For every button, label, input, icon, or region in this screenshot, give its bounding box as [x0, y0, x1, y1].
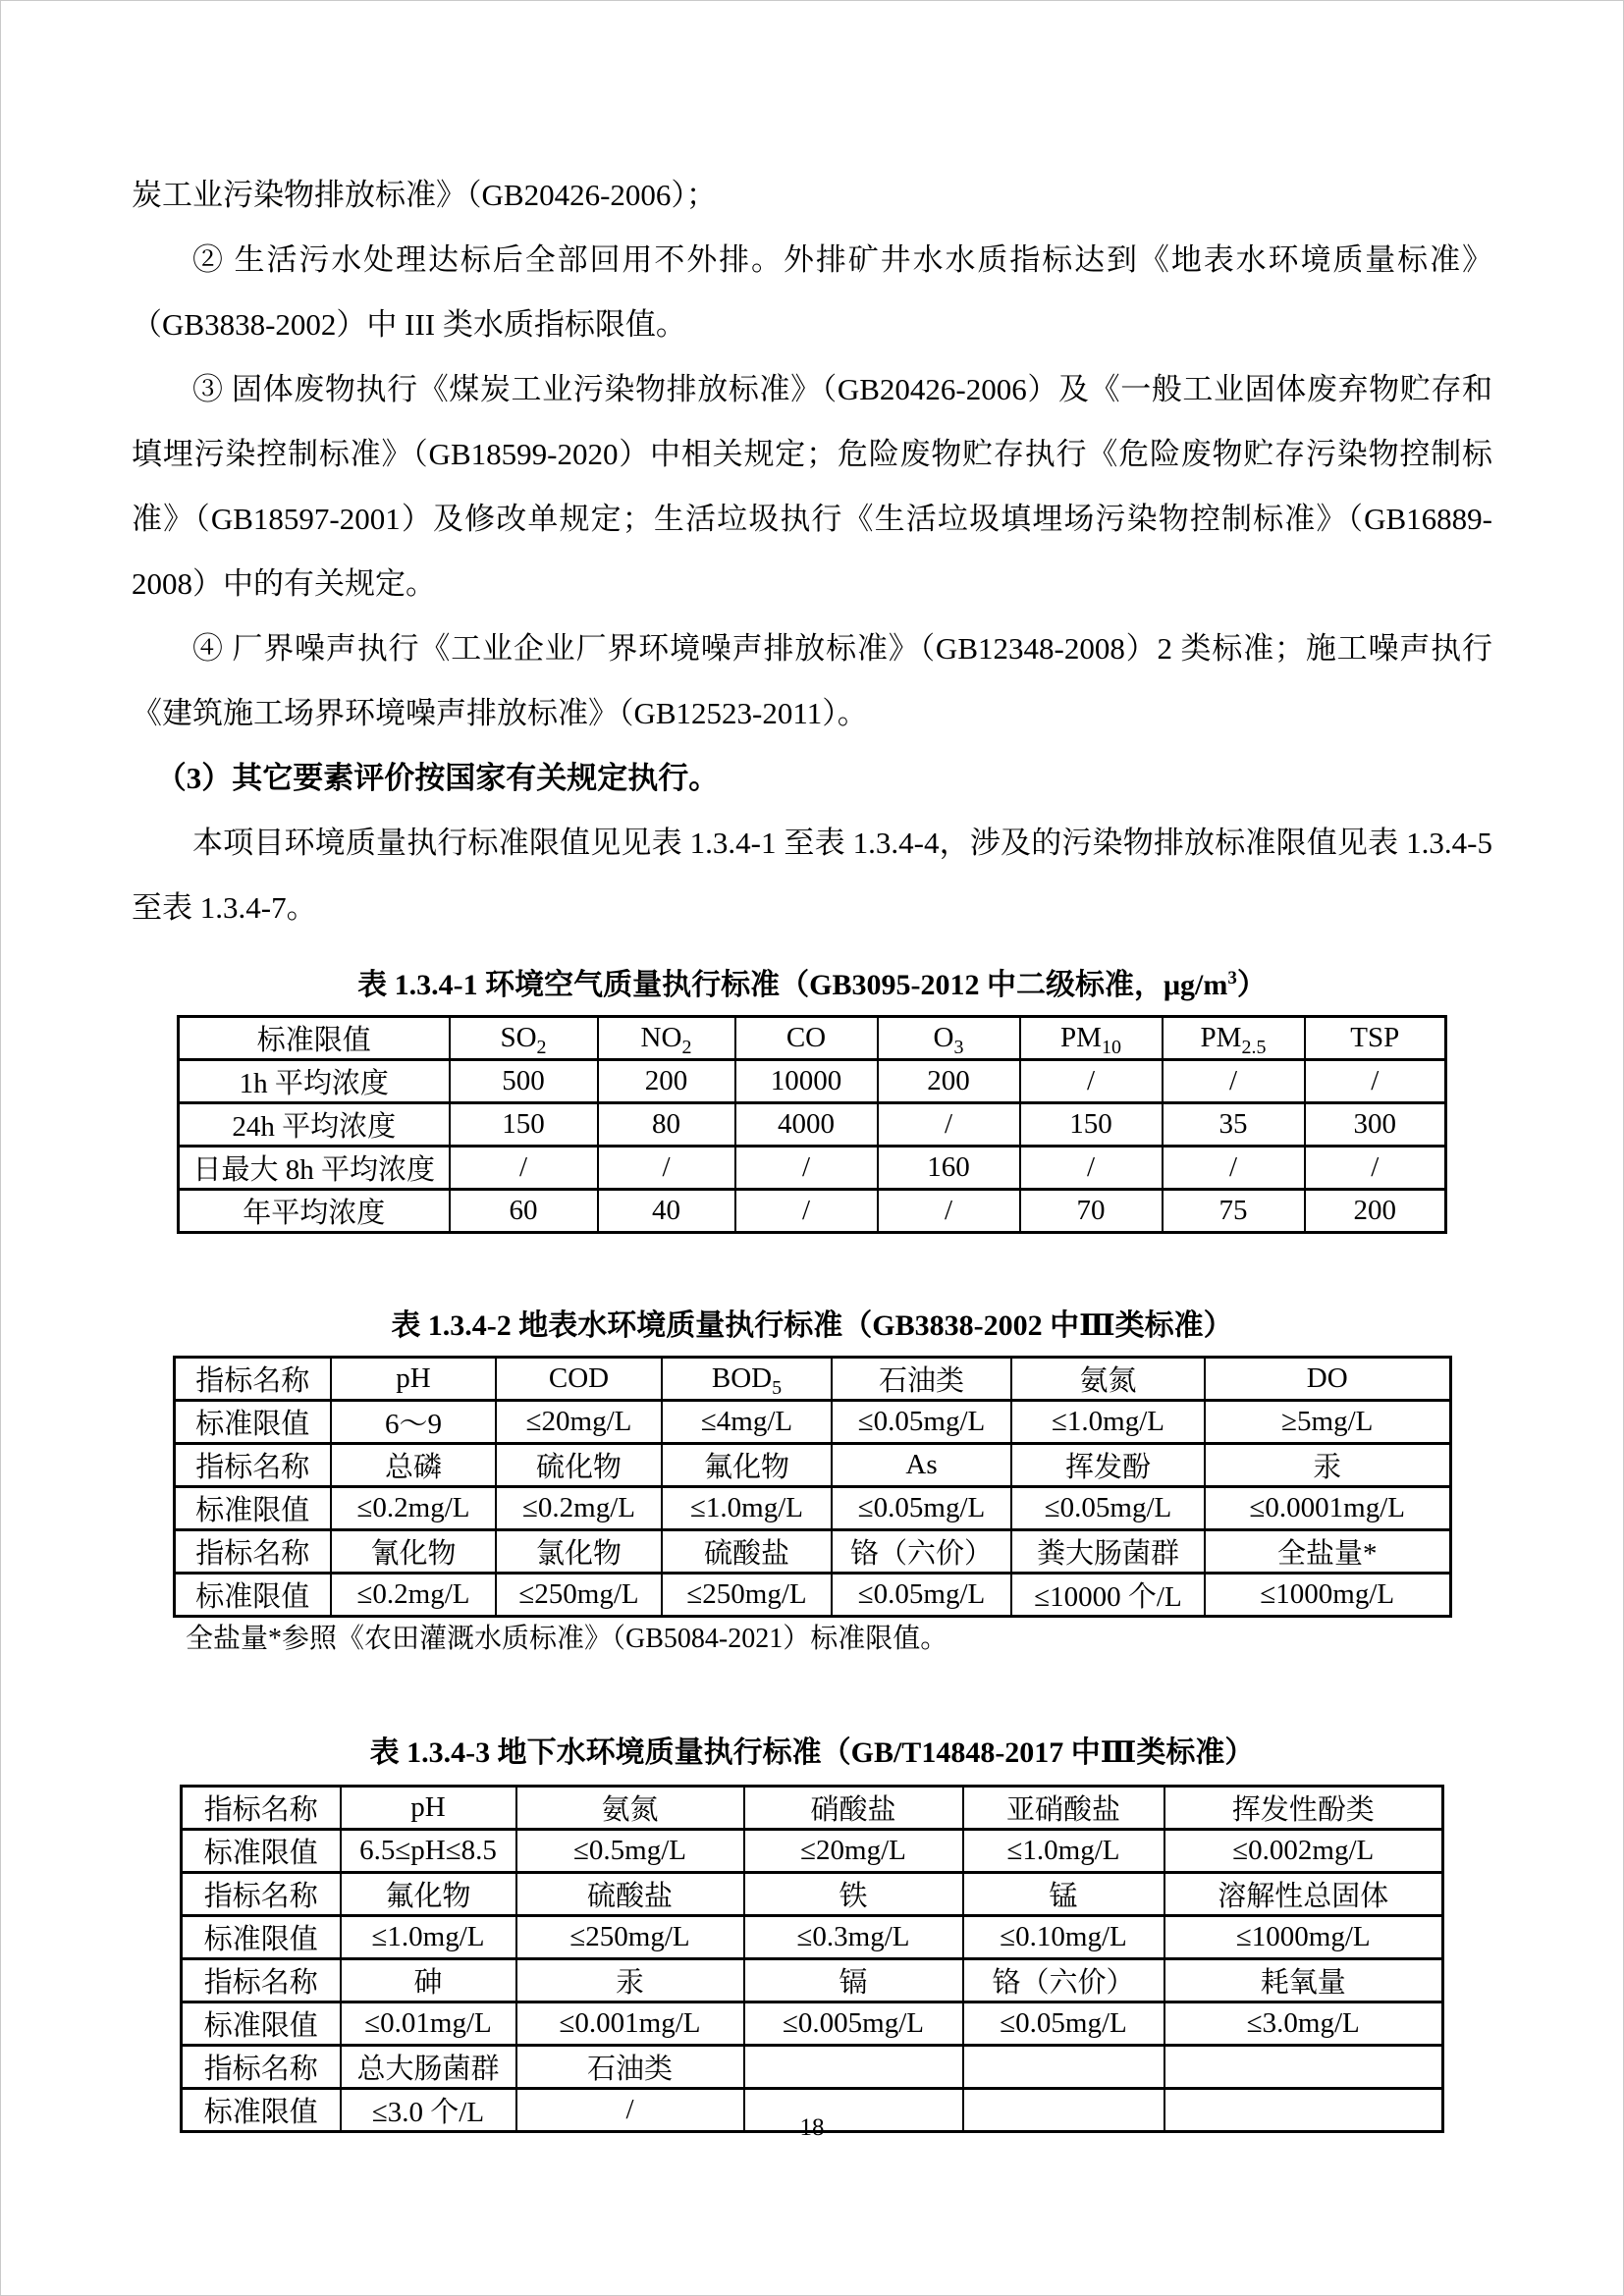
- table-cell: ≤4mg/L: [662, 1401, 832, 1444]
- table-cell: 标准限值: [174, 1574, 331, 1617]
- table-row: 标准限值SO2NO2COO3PM10PM2.5TSP: [179, 1017, 1446, 1060]
- table-cell: ≤0.3mg/L: [744, 1916, 963, 1959]
- table-cell: 标准限值: [182, 2002, 341, 2046]
- table-cell: 300: [1305, 1103, 1446, 1147]
- table-cell: 总大肠菌群: [341, 2046, 516, 2089]
- paragraph-item-2: ② 生活污水处理达标后全部回用不外排。外排矿井水水质指标达到《地表水环境质量标准…: [132, 228, 1492, 357]
- table-cell: 铬（六价）: [963, 1959, 1164, 2002]
- groundwater-standards-table: 指标名称pH氨氮硝酸盐亚硝酸盐挥发性酚类标准限值6.5≤pH≤8.5≤0.5mg…: [180, 1785, 1444, 2133]
- air-quality-standards-table: 标准限值SO2NO2COO3PM10PM2.5TSP1h 平均浓度5002001…: [177, 1015, 1447, 1234]
- table-cell: DO: [1205, 1358, 1450, 1401]
- table-cell: 500: [450, 1060, 598, 1103]
- table-cell: pH: [331, 1358, 496, 1401]
- table-cell: 砷: [341, 1959, 516, 2002]
- table-cell: /: [1163, 1060, 1305, 1103]
- table-cell: NO2: [598, 1017, 735, 1060]
- table-cell: ≤1000mg/L: [1205, 1574, 1450, 1617]
- table-cell: ≤0.10mg/L: [963, 1916, 1164, 1959]
- table-row: 日最大 8h 平均浓度///160///: [179, 1147, 1446, 1190]
- table-cell: 汞: [516, 1959, 744, 2002]
- table-row: 指标名称总大肠菌群石油类: [182, 2046, 1443, 2089]
- table-cell: 150: [1020, 1103, 1163, 1147]
- table-cell: /: [1163, 1147, 1305, 1190]
- table-cell: 年平均浓度: [179, 1190, 450, 1233]
- paragraph-table-intro: 本项目环境质量执行标准限值见见表 1.3.4-1 至表 1.3.4-4，涉及的污…: [132, 811, 1492, 940]
- table-row: 标准限值6～9≤20mg/L≤4mg/L≤0.05mg/L≤1.0mg/L≥5m…: [174, 1401, 1450, 1444]
- table-cell: 标准限值: [182, 1916, 341, 1959]
- table-cell: ≤250mg/L: [496, 1574, 662, 1617]
- table-row: 指标名称pHCODBOD5石油类氨氮DO: [174, 1358, 1450, 1401]
- table-cell: 指标名称: [174, 1444, 331, 1487]
- table-cell: 挥发酚: [1011, 1444, 1205, 1487]
- table-cell: CO: [735, 1017, 878, 1060]
- table-cell: 200: [878, 1060, 1020, 1103]
- table-cell: ≤0.002mg/L: [1164, 1830, 1443, 1873]
- table-cell: ≤1.0mg/L: [341, 1916, 516, 1959]
- table-cell: ≤0.2mg/L: [331, 1574, 496, 1617]
- table-cell: /: [450, 1147, 598, 1190]
- table-cell: 硫酸盐: [662, 1530, 832, 1574]
- table-cell: 耗氧量: [1164, 1959, 1443, 2002]
- surface-water-standards-table: 指标名称pHCODBOD5石油类氨氮DO标准限值6～9≤20mg/L≤4mg/L…: [173, 1356, 1452, 1618]
- table-cell: 指标名称: [182, 1787, 341, 1830]
- table-cell: 氯化物: [496, 1530, 662, 1574]
- table-cell: 溶解性总固体: [1164, 1873, 1443, 1916]
- table-cell: 指标名称: [174, 1530, 331, 1574]
- table-row: 24h 平均浓度150804000/15035300: [179, 1103, 1446, 1147]
- table-row: 标准限值≤0.2mg/L≤250mg/L≤250mg/L≤0.05mg/L≤10…: [174, 1574, 1450, 1617]
- table-cell: [963, 2046, 1164, 2089]
- table-cell: [744, 2046, 963, 2089]
- table-cell: 硝酸盐: [744, 1787, 963, 1830]
- table-cell: ≤0.2mg/L: [496, 1487, 662, 1530]
- table-cell: 粪大肠菌群: [1011, 1530, 1205, 1574]
- table-cell: 指标名称: [182, 2046, 341, 2089]
- paragraph-item-3: ③ 固体废物执行《煤炭工业污染物排放标准》（GB20426-2006）及《一般工…: [132, 357, 1492, 616]
- table-cell: /: [1020, 1147, 1163, 1190]
- table-row: 年平均浓度6040//7075200: [179, 1190, 1446, 1233]
- table-cell: 标准限值: [182, 1830, 341, 1873]
- table-3-title: 表 1.3.4-3 地下水环境质量执行标准（GB/T14848-2017 中Ⅲ类…: [132, 1732, 1492, 1775]
- table-cell: 标准限值: [174, 1401, 331, 1444]
- table-row: 指标名称pH氨氮硝酸盐亚硝酸盐挥发性酚类: [182, 1787, 1443, 1830]
- table-cell: ≤20mg/L: [744, 1830, 963, 1873]
- table-cell: 200: [598, 1060, 735, 1103]
- table-cell: As: [832, 1444, 1011, 1487]
- table-cell: ≤0.5mg/L: [516, 1830, 744, 1873]
- table-cell: ≤20mg/L: [496, 1401, 662, 1444]
- table-cell: [1164, 2046, 1443, 2089]
- table-cell: 200: [1305, 1190, 1446, 1233]
- table-cell: /: [598, 1147, 735, 1190]
- table-cell: ≤0.0001mg/L: [1205, 1487, 1450, 1530]
- table-cell: 35: [1163, 1103, 1305, 1147]
- table-cell: /: [1305, 1147, 1446, 1190]
- table-cell: COD: [496, 1358, 662, 1401]
- table-cell: 10000: [735, 1060, 878, 1103]
- table-cell: ≤1000mg/L: [1164, 1916, 1443, 1959]
- table-cell: pH: [341, 1787, 516, 1830]
- table-row: 1h 平均浓度50020010000200///: [179, 1060, 1446, 1103]
- table-cell: ≤0.005mg/L: [744, 2002, 963, 2046]
- table-row: 标准限值≤0.2mg/L≤0.2mg/L≤1.0mg/L≤0.05mg/L≤0.…: [174, 1487, 1450, 1530]
- table-row: 标准限值6.5≤pH≤8.5≤0.5mg/L≤20mg/L≤1.0mg/L≤0.…: [182, 1830, 1443, 1873]
- table-cell: ≥5mg/L: [1205, 1401, 1450, 1444]
- table-cell: 24h 平均浓度: [179, 1103, 450, 1147]
- heading-other-factors: （3）其它要素评价按国家有关规定执行。: [132, 746, 1492, 811]
- table-cell: /: [878, 1190, 1020, 1233]
- table-cell: ≤1.0mg/L: [662, 1487, 832, 1530]
- table-cell: 总磷: [331, 1444, 496, 1487]
- table-cell: ≤0.01mg/L: [341, 2002, 516, 2046]
- table-row: 指标名称氟化物硫酸盐铁锰溶解性总固体: [182, 1873, 1443, 1916]
- table-cell: 氰化物: [331, 1530, 496, 1574]
- table-cell: 铁: [744, 1873, 963, 1916]
- table-cell: ≤0.2mg/L: [331, 1487, 496, 1530]
- document-page: 炭工业污染物排放标准》（GB20426-2006）； ② 生活污水处理达标后全部…: [0, 0, 1624, 2296]
- table-cell: ≤250mg/L: [516, 1916, 744, 1959]
- table-cell: ≤250mg/L: [662, 1574, 832, 1617]
- table-cell: 石油类: [516, 2046, 744, 2089]
- table-cell: SO2: [450, 1017, 598, 1060]
- table-cell: 亚硝酸盐: [963, 1787, 1164, 1830]
- table-cell: 40: [598, 1190, 735, 1233]
- table-1-title: 表 1.3.4-1 环境空气质量执行标准（GB3095-2012 中二级标准，μ…: [132, 964, 1492, 1007]
- table-cell: 氨氮: [1011, 1358, 1205, 1401]
- table-cell: 6～9: [331, 1401, 496, 1444]
- table-cell: ≤1.0mg/L: [963, 1830, 1164, 1873]
- table-cell: 70: [1020, 1190, 1163, 1233]
- table-cell: ≤0.05mg/L: [963, 2002, 1164, 2046]
- table-cell: 氟化物: [662, 1444, 832, 1487]
- table-cell: /: [735, 1147, 878, 1190]
- table-cell: 日最大 8h 平均浓度: [179, 1147, 450, 1190]
- table-cell: 氟化物: [341, 1873, 516, 1916]
- paragraph-item-4: ④ 厂界噪声执行《工业企业厂界环境噪声排放标准》（GB12348-2008）2 …: [132, 616, 1492, 746]
- table-cell: 指标名称: [174, 1358, 331, 1401]
- table-row: 标准限值≤1.0mg/L≤250mg/L≤0.3mg/L≤0.10mg/L≤10…: [182, 1916, 1443, 1959]
- table-cell: 标准限值: [174, 1487, 331, 1530]
- table-cell: 硫化物: [496, 1444, 662, 1487]
- table-cell: 镉: [744, 1959, 963, 2002]
- table-cell: ≤1.0mg/L: [1011, 1401, 1205, 1444]
- table-cell: 160: [878, 1147, 1020, 1190]
- table-cell: PM10: [1020, 1017, 1163, 1060]
- table-cell: /: [735, 1190, 878, 1233]
- table-row: 指标名称氰化物氯化物硫酸盐铬（六价）粪大肠菌群全盐量*: [174, 1530, 1450, 1574]
- table-2-title: 表 1.3.4-2 地表水环境质量执行标准（GB3838-2002 中Ⅲ类标准）: [132, 1305, 1492, 1348]
- table-cell: O3: [878, 1017, 1020, 1060]
- table-cell: ≤0.05mg/L: [832, 1574, 1011, 1617]
- table-cell: 60: [450, 1190, 598, 1233]
- table-cell: /: [878, 1103, 1020, 1147]
- table-cell: 150: [450, 1103, 598, 1147]
- table-cell: 80: [598, 1103, 735, 1147]
- table-row: 指标名称总磷硫化物氟化物As挥发酚汞: [174, 1444, 1450, 1487]
- table-cell: 指标名称: [182, 1873, 341, 1916]
- table-cell: TSP: [1305, 1017, 1446, 1060]
- table-cell: 锰: [963, 1873, 1164, 1916]
- table-cell: ≤3.0mg/L: [1164, 2002, 1443, 2046]
- table-cell: 4000: [735, 1103, 878, 1147]
- table-cell: /: [1305, 1060, 1446, 1103]
- table-cell: 标准限值: [179, 1017, 450, 1060]
- table-row: 指标名称砷汞镉铬（六价）耗氧量: [182, 1959, 1443, 2002]
- table-cell: 氨氮: [516, 1787, 744, 1830]
- table-cell: 6.5≤pH≤8.5: [341, 1830, 516, 1873]
- table-row: 标准限值≤0.01mg/L≤0.001mg/L≤0.005mg/L≤0.05mg…: [182, 2002, 1443, 2046]
- table-cell: BOD5: [662, 1358, 832, 1401]
- table-cell: 汞: [1205, 1444, 1450, 1487]
- table-cell: 硫酸盐: [516, 1873, 744, 1916]
- page-number: 18: [1, 2113, 1623, 2143]
- table-cell: ≤0.05mg/L: [832, 1401, 1011, 1444]
- table-cell: /: [1020, 1060, 1163, 1103]
- table-cell: 全盐量*: [1205, 1530, 1450, 1574]
- table-cell: ≤0.05mg/L: [832, 1487, 1011, 1530]
- table-cell: PM2.5: [1163, 1017, 1305, 1060]
- table-cell: 1h 平均浓度: [179, 1060, 450, 1103]
- table-cell: 铬（六价）: [832, 1530, 1011, 1574]
- table-cell: ≤10000 个/L: [1011, 1574, 1205, 1617]
- table-cell: 指标名称: [182, 1959, 341, 2002]
- table-2-footnote: 全盐量*参照《农田灌溉水质标准》（GB5084-2021）标准限值。: [186, 1622, 1492, 1657]
- table-cell: 石油类: [832, 1358, 1011, 1401]
- table-cell: 75: [1163, 1190, 1305, 1233]
- table-cell: 挥发性酚类: [1164, 1787, 1443, 1830]
- paragraph-continuation: 炭工业污染物排放标准》（GB20426-2006）；: [132, 163, 1492, 228]
- body-text-block: 炭工业污染物排放标准》（GB20426-2006）； ② 生活污水处理达标后全部…: [132, 163, 1492, 940]
- table-cell: ≤0.001mg/L: [516, 2002, 744, 2046]
- table-cell: ≤0.05mg/L: [1011, 1487, 1205, 1530]
